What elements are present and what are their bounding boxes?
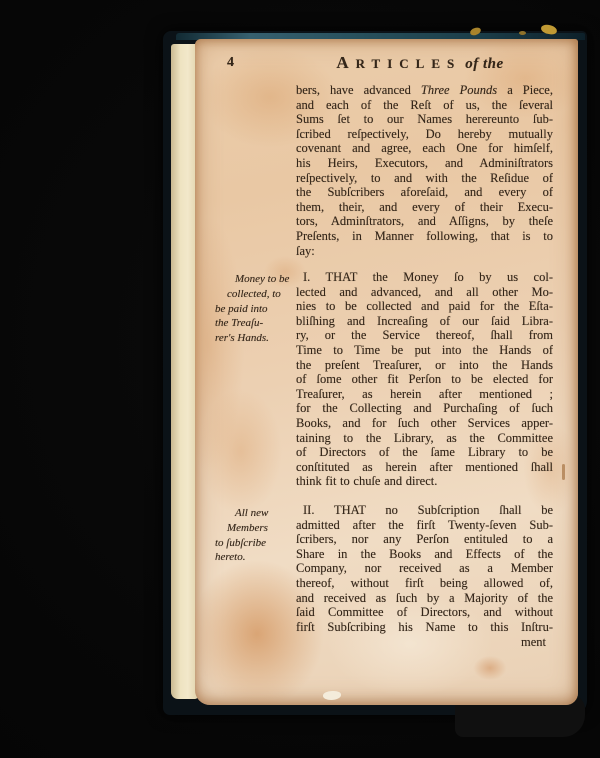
article-2-paragraph: II. THAT no Subſcription ſhall be admitt… — [296, 503, 553, 634]
margin-note-1: Money to becollected, tobe paid intothe … — [215, 272, 293, 346]
text-line: Books, and for ſuch other Services apper… — [296, 416, 553, 431]
text-line: reſpectively, to and with the Reſidue of — [296, 171, 553, 186]
text-line: firſt Subſcribing his Name to this Inſtr… — [296, 620, 553, 635]
book-page: 4 ARTICLES of the bers, have advanced Th… — [195, 39, 578, 705]
text-line: ry, or the Service thereof, ſhall from — [296, 328, 553, 343]
margin-note-line: the Treaſu- — [215, 316, 293, 331]
text-segment: bers, have advanced — [296, 83, 421, 97]
margin-note-line: hereto. — [215, 550, 293, 565]
text-line: Company, nor received as a Member — [296, 561, 553, 576]
margin-note-line: to ſubſcribe — [215, 536, 293, 551]
text-line: for the Collecting and Purchaſing of ſuc… — [296, 401, 553, 416]
margin-note-line: Money to be — [215, 272, 293, 287]
text-line: of Directors of the ſame Library to be — [296, 445, 553, 460]
paragraph-lines: admitted after the firſt Twenty-ſeven Su… — [296, 518, 553, 635]
running-title-caps: ARTICLES — [336, 53, 461, 73]
paragraph-continuation: bers, have advanced Three Pounds a Piece… — [296, 83, 553, 258]
text-line: Time to Time be put into the Hands of — [296, 343, 553, 358]
text-line: II. THAT no Subſcription ſhall be — [296, 503, 553, 518]
paragraph-lines: and each of the Reſt of us, the ſeveralS… — [296, 98, 553, 244]
margin-note-line: All new — [215, 506, 293, 521]
text-line: the preſent Treaſurer, or into the Hands — [296, 358, 553, 373]
text-line: bliſhing and Increaſing of our ſaid Libr… — [296, 314, 553, 329]
text-line: the Subſcribers aforeſaid, and every of — [296, 185, 553, 200]
text-line: lected and advanced, and all other Mo- — [296, 285, 553, 300]
margin-note-line: Members — [215, 521, 293, 536]
text-segment: a Piece, — [497, 83, 553, 97]
text-line: ſcribed reſpectively, Do hereby mutually — [296, 127, 553, 142]
catchword: ment — [296, 635, 546, 650]
text-line: Sums ſet to our Names herereunto ſub- — [296, 112, 553, 127]
page-number: 4 — [227, 55, 234, 71]
text-segment-italic: Three Pounds — [421, 83, 497, 97]
text-line: taining to the Library, as the Committee — [296, 431, 553, 446]
text-line: covenant and agree, each One for himſelf… — [296, 141, 553, 156]
stain — [467, 651, 513, 685]
article-1-paragraph: I. THAT the Money ſo by us col- lected a… — [296, 270, 553, 489]
debris-speck — [519, 31, 526, 35]
margin-note-line: be paid into — [215, 302, 293, 317]
page-edge-stack — [171, 44, 198, 699]
text-line: thereof, without firſt being allowed of, — [296, 576, 553, 591]
text-line: them, their, and every of their Execu- — [296, 200, 553, 215]
photo-stage: 4 ARTICLES of the bers, have advanced Th… — [0, 0, 600, 758]
text-line: Share in the Books and Effects of the — [296, 547, 553, 562]
text-line: of ſome other fit Perſon to be elected f… — [296, 372, 553, 387]
text-line: ſay: — [296, 244, 553, 259]
text-line: and received as ſuch by a Majority of th… — [296, 591, 553, 606]
text-line: tors, Adminſtrators, and Aſſigns, by the… — [296, 214, 553, 229]
text-line: bers, have advanced Three Pounds a Piece… — [296, 83, 553, 98]
text-line: his Heirs, Executors, and Adminiſtrators — [296, 156, 553, 171]
paper-chip — [323, 691, 341, 700]
paragraph-lines: lected and advanced, and all other Mo-ni… — [296, 285, 553, 475]
text-line: ſaid Committee of Directors, and without — [296, 605, 553, 620]
running-title: ARTICLES of the — [300, 53, 540, 73]
margin-note-2: All newMembersto ſubſcribehereto. — [215, 506, 293, 565]
text-line: ſcribers, nor any Perſon entituled to a — [296, 532, 553, 547]
edge-mark — [562, 464, 565, 480]
text-line: admitted after the firſt Twenty-ſeven Su… — [296, 518, 553, 533]
text-line: Preſents, in Manner following, that is t… — [296, 229, 553, 244]
text-line: nies to be collected and paid for the Eſ… — [296, 299, 553, 314]
text-line: I. THAT the Money ſo by us col- — [296, 270, 553, 285]
text-line: and each of the Reſt of us, the ſeveral — [296, 98, 553, 113]
running-title-of-the: of the — [465, 56, 503, 72]
text-line: think fit to chuſe and direct. — [296, 474, 553, 489]
margin-note-line: rer's Hands. — [215, 331, 293, 346]
text-line: Treaſurer, as herein after mentioned ; — [296, 387, 553, 402]
margin-note-line: collected, to — [215, 287, 293, 302]
text-line: conſtituted as herein after mentioned ſh… — [296, 460, 553, 475]
